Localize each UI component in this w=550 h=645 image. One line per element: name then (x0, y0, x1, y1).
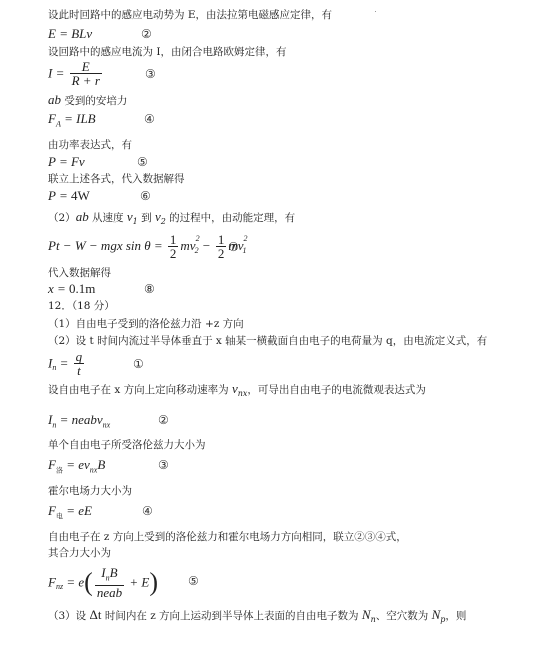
text-line-ampere-force: ab 受到的安培力 (48, 93, 127, 108)
text-fragment: （3）设 (48, 610, 90, 622)
equation-emf: E = BLv (48, 27, 92, 41)
half-den: 2 (168, 247, 179, 260)
ohm-fraction: ER + r (70, 60, 102, 87)
equation-number-7: ⑦ (228, 240, 239, 254)
q: q (74, 350, 85, 364)
resultant-fraction: InBneab (95, 566, 124, 599)
right-paren: ) (149, 567, 158, 596)
equation-number-6: ⑥ (140, 189, 151, 203)
equation-distance: x = 0.1m (48, 282, 95, 296)
half-num: 1 (168, 233, 179, 247)
text-line-emf-intro: 设此时回路中的感应电动势为 E，由法拉第电磁感应定律，有 (48, 8, 332, 22)
scan-speck (375, 11, 376, 12)
equation-lorentz-force: F洛 = evnxB (48, 458, 105, 478)
sq: 2 (244, 234, 248, 243)
text-fragment: ，则 (445, 610, 466, 622)
equation-power-result: P = 4W (48, 189, 90, 203)
luo-sub: 洛 (56, 467, 63, 475)
text-line-lorentz: 单个自由电子所受洛伦兹力大小为 (48, 438, 206, 452)
text-fragment: 时间内在 z 方向上运动到半导体上表面的自由电子数为 (102, 610, 362, 622)
equation-ampere: FA = ILB (48, 112, 96, 132)
question-12-header: 12．（18 分） (48, 299, 115, 313)
text-line-combined-forces: 自由电子在 z 方向上受到的洛伦兹力和霍尔电场力方向相同，联立②③④式， (48, 530, 407, 544)
distance-lhs: x = (48, 281, 69, 296)
text-fragment: 的过程中，由动能定理，有 (166, 212, 295, 224)
equation-hall-force: F电 = eE (48, 504, 92, 524)
ampere-F: F (48, 111, 56, 126)
equation-microscopic-current: In = neabvnx (48, 413, 110, 433)
resultant-denominator: neab (95, 586, 124, 599)
sub-1: 1 (243, 246, 247, 255)
equals: = (63, 457, 78, 472)
text-fragment: 从速度 (89, 212, 127, 224)
eE: eE (78, 503, 92, 518)
ab-symbol: ab (48, 92, 61, 107)
equals: = (56, 356, 71, 371)
equation-number-5: ⑤ (137, 155, 148, 169)
equals: = (63, 574, 78, 589)
part2-label: （2） (48, 212, 76, 224)
power-result-value: 4W (71, 188, 90, 203)
resultant-numerator: InB (95, 566, 124, 586)
text-line-part2-charge: （2）设 t 时间内流过半导体垂直于 x 轴某一横截面自由电子的电荷量为 q，由… (48, 334, 487, 348)
plus-E: + E (126, 574, 149, 589)
text-line-combine: 联立上述各式，代入数据解得 (48, 172, 185, 186)
ampere-force-label: 受到的安培力 (64, 95, 127, 107)
text-line-part1: （1）自由电子受到的洛伦兹力沿 +z 方向 (48, 317, 244, 331)
equation-number-p1: ① (133, 357, 144, 371)
text-line-power-expr: 由功率表达式，有 (48, 138, 132, 152)
equation-number-p5: ⑤ (188, 574, 199, 588)
N: N (362, 607, 371, 622)
text-line-substitute: 代入数据解得 (48, 266, 111, 280)
half-fraction: 12 (168, 233, 179, 260)
equation-ohm: I = ER + r (48, 60, 104, 87)
equation-current-definition: In = qt (48, 350, 86, 377)
distance-value: 0.1m (69, 281, 95, 296)
B: B (110, 565, 118, 580)
equation-number-4: ④ (144, 112, 155, 126)
text-fragment: 到 (138, 212, 155, 224)
text-line-part3: （3）设 Δt 时间内在 z 方向上运动到半导体上表面的自由电子数为 Nn、空穴… (48, 608, 466, 627)
minus: − (199, 238, 214, 253)
equation-work-energy: Pt − W − mgx sin θ = 12mv22 − 12mv21 (48, 232, 247, 260)
half-den: 2 (216, 247, 227, 260)
nx-sub: nx (238, 389, 248, 398)
nz-sub: nz (56, 582, 63, 591)
rhs: neabv (72, 412, 103, 427)
ab-symbol: ab (76, 209, 89, 224)
power-result-lhs: P = (48, 188, 71, 203)
ev: ev (78, 457, 90, 472)
half-fraction: 12 (216, 233, 227, 260)
text-fragment: ，可导出自由电子的电流微观表达式为 (247, 384, 426, 396)
equation-number-2: ② (141, 27, 152, 41)
equation-number-p3: ③ (158, 458, 169, 472)
text-line-resultant: 其合力大小为 (48, 546, 111, 560)
equation-number-p2: ② (158, 413, 169, 427)
nx-sub: nx (103, 421, 111, 430)
ohm-lhs: I = (48, 66, 68, 81)
text-line-part2: （2）ab 从速度 v1 到 v2 的过程中，由动能定理，有 (48, 210, 295, 229)
ohm-numerator: E (70, 60, 102, 74)
equals: = (63, 503, 78, 518)
dian-sub: 电 (56, 513, 63, 521)
ohm-denominator: R + r (70, 74, 102, 87)
equation-number-3: ③ (145, 67, 156, 81)
half-num: 1 (216, 233, 227, 247)
equation-number-p4: ④ (142, 504, 153, 518)
text-fragment: 设自由电子在 x 方向上定向移动速率为 (48, 384, 232, 396)
text-fragment: 、空穴数为 (376, 610, 432, 622)
t: t (74, 364, 85, 377)
q-over-t: qt (74, 350, 85, 377)
delta-t: Δt (90, 607, 102, 622)
F: F (48, 503, 56, 518)
B: B (97, 457, 105, 472)
equals: = (56, 412, 71, 427)
text-line-current-intro: 设回路中的感应电流为 I，由闭合电路欧姆定律，有 (48, 45, 286, 59)
equation-resultant-force: Fnz = e(InBneab + E) (48, 566, 158, 599)
F: F (48, 457, 56, 472)
text-line-hall-force: 霍尔电场力大小为 (48, 484, 132, 498)
mv: mv (180, 238, 195, 253)
ampere-rhs: = ILB (61, 111, 96, 126)
text-line-drift-velocity: 设自由电子在 x 方向上定向移动速率为 vnx，可导出自由电子的电流微观表达式为 (48, 382, 426, 401)
left-paren: ( (84, 567, 93, 596)
work-energy-lhs: Pt − W − mgx sin θ = (48, 238, 166, 253)
equation-power: P = Fv (48, 155, 85, 169)
F: F (48, 574, 56, 589)
equation-number-8: ⑧ (144, 282, 155, 296)
N: N (432, 607, 441, 622)
